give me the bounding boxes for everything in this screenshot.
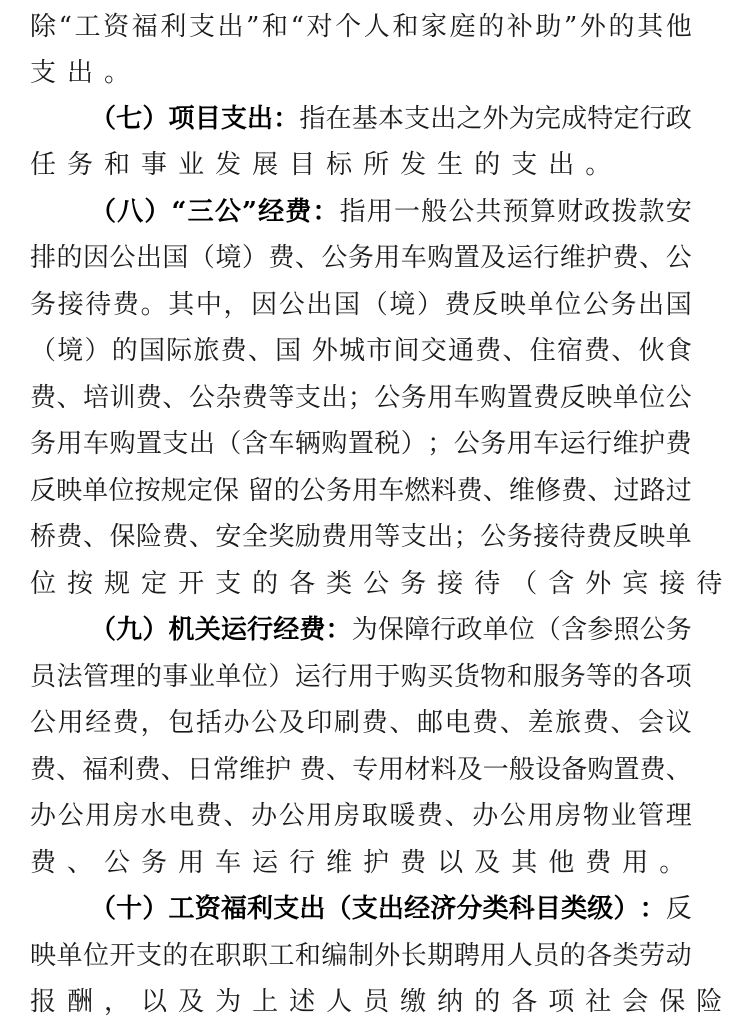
text-char: 、 (611, 333, 637, 369)
text-char: 费 (475, 333, 501, 369)
text-char: 出 (427, 519, 453, 555)
text-char: 待 (85, 287, 111, 323)
text-char: 福 (132, 9, 158, 45)
text-char: 专 (352, 752, 378, 788)
text-char: 费 (457, 473, 483, 509)
paragraph-p8-line-3: （境）的国际旅费、国 外城市间交通费、住宿费、伙食 (30, 333, 692, 369)
text-char: 为 (215, 984, 241, 1020)
heading-char: ： (312, 194, 338, 230)
text-char: 外 (483, 101, 509, 137)
text-char: 反 (30, 473, 56, 509)
text-char: 支 (162, 426, 188, 462)
text-char: 、 (295, 240, 321, 276)
paragraph-p9-line-4: 办公用房水电费、办公用房取暖费、办公用房物业管理 (30, 798, 692, 834)
paragraph-p6-tail-line-1: 支出。 (30, 55, 692, 91)
text-char: 务 (400, 566, 426, 602)
text-char: ” (564, 9, 577, 45)
text-char: 工 (75, 9, 101, 45)
text-char: 常 (213, 752, 239, 788)
text-char: 各 (639, 659, 665, 695)
text-char: 务 (348, 240, 374, 276)
heading-char: ） (142, 101, 168, 137)
text-char: 运 (507, 240, 533, 276)
text-char: 开 (109, 938, 135, 974)
text-char: 出 (189, 426, 215, 462)
text-char: 费 (136, 380, 162, 416)
text-char: 险 (136, 519, 162, 555)
text-char: 安 (666, 194, 692, 230)
text-char: 规 (161, 473, 187, 509)
text-char: 行 (289, 845, 315, 881)
text-char: 以 (141, 984, 167, 1020)
text-char: 为 (509, 101, 535, 137)
text-char: 含 (561, 612, 587, 648)
text-char: 办 (30, 798, 56, 834)
text-char: 支 (30, 55, 56, 91)
text-char: 公 (640, 612, 666, 648)
text-char: 定 (613, 101, 639, 137)
text-char: 业 (189, 659, 215, 695)
text-char: 设 (535, 752, 561, 788)
text-char: 用 (85, 798, 111, 834)
text-char: 项 (548, 984, 574, 1020)
heading-char: 行 (247, 612, 273, 648)
text-char: 奖 (268, 519, 294, 555)
text-char: 、 (189, 519, 215, 555)
text-char: 国 (666, 287, 692, 323)
text-char: 出 (430, 101, 456, 137)
text-char: 长 (401, 938, 427, 974)
text-char: 车 (378, 473, 404, 509)
text-char: 的 (112, 333, 138, 369)
text-char: 费 (113, 287, 139, 323)
text-char: 劳 (639, 938, 665, 974)
text-char: 理 (666, 798, 692, 834)
paragraph-p9-line-0: （九）机关运行经费：为保障行政单位（含参照公务 (90, 612, 692, 648)
text-char: 维 (509, 473, 535, 509)
text-char: 等 (374, 519, 400, 555)
text-char: 。 (585, 147, 611, 183)
heading-char: 关 (195, 612, 221, 648)
text-char: 差 (528, 705, 554, 741)
text-char: 用 (374, 240, 400, 276)
text-char: 出 (548, 147, 574, 183)
text-char: 备 (561, 752, 587, 788)
text-char: 员 (533, 938, 559, 974)
text-char: 用 (367, 194, 393, 230)
text-char: 支 (136, 938, 162, 974)
text-char: 括 (196, 705, 222, 741)
text-char: 映 (586, 380, 612, 416)
text-char: 用 (528, 798, 554, 834)
text-char: 用 (427, 380, 453, 416)
text-char: 算 (530, 194, 556, 230)
text-char: 反 (560, 380, 586, 416)
text-char: 外 (374, 938, 400, 974)
text-char: 燃 (404, 473, 430, 509)
paragraph-p8-line-7: 桥费、保险费、安全奖励费用等支出；公务接待费反映单 (30, 519, 692, 555)
text-char: 行 (533, 240, 559, 276)
text-char: 位 (555, 287, 581, 323)
text-char: 训 (109, 380, 135, 416)
text-char: 接 (659, 566, 685, 602)
text-char: 支 (189, 9, 215, 45)
paragraph-p8-line-2: 务接待费。其中，因公出国（境）费反映单位公务出国 (30, 287, 692, 323)
text-char: 出 (638, 287, 664, 323)
text-char: 待 (696, 566, 722, 602)
text-char: 购 (587, 752, 613, 788)
text-char: 、 (248, 333, 274, 369)
text-char: 安 (215, 519, 241, 555)
text-char: 务 (141, 845, 167, 881)
text-char: 的 (474, 147, 500, 183)
text-char: 公 (666, 380, 692, 416)
text-char: 含 (548, 566, 574, 602)
text-char: 人 (326, 984, 352, 1020)
text-char: 按 (135, 473, 161, 509)
text-char: 福 (82, 752, 108, 788)
text-char: 、 (445, 798, 471, 834)
text-char: 房 (555, 798, 581, 834)
text-char: 对 (307, 9, 333, 45)
text-char: 及 (279, 705, 305, 741)
text-char: 助 (535, 9, 561, 45)
heading-char: “ (172, 194, 187, 230)
text-char: 生 (437, 147, 463, 183)
heading-char: 八 (117, 194, 143, 230)
heading-char: 公 (215, 194, 241, 230)
heading-char: 三 (188, 194, 214, 230)
text-char: 费 (135, 752, 161, 788)
text-char: 述 (289, 984, 315, 1020)
text-char: 公 (363, 566, 389, 602)
text-char: 位 (108, 473, 134, 509)
text-char: 的 (274, 473, 300, 509)
text-char: 保 (109, 519, 135, 555)
heading-char: ： (273, 101, 299, 137)
text-char: 行 (640, 101, 666, 137)
text-char: 车 (454, 380, 480, 416)
text-char: 国 (162, 240, 188, 276)
text-char: 刷 (334, 705, 360, 741)
text-char: 公 (58, 798, 84, 834)
heading-char: 经 (273, 612, 299, 648)
text-char: 料 (431, 752, 457, 788)
text-char: 办 (223, 705, 249, 741)
text-char: 公 (448, 194, 474, 230)
paragraph-p8-line-4: 费、培训费、公杂费等支出；公务用车购置费反映单位公 (30, 380, 692, 416)
text-char: 食 (666, 333, 692, 369)
text-char: 职 (242, 938, 268, 974)
text-char: 一 (483, 752, 509, 788)
text-char: 他 (548, 845, 574, 881)
text-char: 路 (640, 473, 666, 509)
text-char: 辆 (295, 426, 321, 462)
text-char: ， (223, 287, 249, 323)
paragraph-p9-line-1: 员法管理的事业单位）运行用于购买货物和服务等的各项 (30, 659, 692, 695)
text-char: 励 (295, 519, 321, 555)
text-char: 在 (326, 101, 352, 137)
text-char: 支 (404, 101, 430, 137)
text-char: 外 (585, 566, 611, 602)
text-char: 维 (239, 752, 265, 788)
text-char: 用 (348, 519, 374, 555)
paragraph-p10-line-0: （十）工资福利支出（支出经济分类科目类级）：反 (90, 891, 692, 927)
text-char: 公 (374, 380, 400, 416)
text-char: 支 (295, 380, 321, 416)
heading-char: ： (326, 612, 352, 648)
heading-char: 费 (285, 194, 311, 230)
text-char: 的 (474, 984, 500, 1020)
text-char: 支 (215, 566, 241, 602)
text-char: 接 (437, 566, 463, 602)
paragraph-p9-line-3: 费、福利费、日常维护 费、专用材料及一般设备购置费、 (30, 752, 692, 788)
text-char: 费 (162, 519, 188, 555)
text-char: 税 (374, 426, 400, 462)
text-char: 用 (306, 798, 332, 834)
text-char: 编 (321, 938, 347, 974)
text-char: 置 (454, 240, 480, 276)
text-char (291, 752, 299, 788)
text-char: 出 (136, 240, 162, 276)
text-char: 业 (610, 798, 636, 834)
text-char: 费 (417, 798, 443, 834)
text-char: 邮 (417, 705, 443, 741)
text-char: 费 (445, 287, 471, 323)
heading-char: 目 (195, 101, 221, 137)
text-char: 、 (326, 752, 352, 788)
text-char: 所 (363, 147, 389, 183)
text-char: ） (84, 333, 110, 369)
text-char: 动 (666, 938, 692, 974)
text-char: 物 (480, 659, 506, 695)
heading-char: 资 (195, 891, 221, 927)
text-char: 庭 (450, 9, 476, 45)
text-char: 报 (30, 984, 56, 1020)
text-char: 费 (242, 380, 268, 416)
text-char: 及 (480, 240, 506, 276)
text-char: 出 (321, 380, 347, 416)
text-char: 用 (348, 659, 374, 695)
text-char: （ (189, 240, 215, 276)
text-char: 本 (378, 101, 404, 137)
heading-char: 工 (169, 891, 195, 927)
text-char: 反 (666, 891, 692, 927)
text-char: 费 (30, 752, 56, 788)
text-char: 障 (404, 612, 430, 648)
text-char: 务 (401, 380, 427, 416)
text-char: 因 (83, 240, 109, 276)
text-char: 管 (83, 659, 109, 695)
text-char: 费 (221, 333, 247, 369)
text-char: 务 (480, 426, 506, 462)
text-char: 护 (586, 240, 612, 276)
heading-char: ） (144, 194, 170, 230)
text-char: 资 (103, 9, 129, 45)
text-char: 映 (30, 938, 56, 974)
document-page: 除“工资福利支出”和“对个人和家庭的补助”外的其他支出。（七）项目支出：指在基本… (0, 0, 730, 1035)
text-char: 间 (394, 333, 420, 369)
heading-char: 出 (299, 891, 325, 927)
text-char: 购 (401, 659, 427, 695)
text-char: 出 (306, 287, 332, 323)
text-char: 费 (400, 845, 426, 881)
paragraph-p6-tail-line-0: 除“工资福利支出”和“对个人和家庭的补助”外的其他 (30, 9, 692, 45)
heading-char: （ (90, 194, 116, 230)
text-char: 费 (583, 705, 609, 741)
text-char: 员 (30, 659, 56, 695)
text-char: 印 (306, 705, 332, 741)
text-char: 公 (279, 287, 305, 323)
text-char: 支 (401, 519, 427, 555)
text-char: ； (454, 519, 480, 555)
text-char: 留 (248, 473, 274, 509)
text-char: 位 (509, 612, 535, 648)
text-char: 运 (295, 659, 321, 695)
text-char: 维 (613, 426, 639, 462)
text-char: 费 (561, 473, 587, 509)
text-char: 包 (168, 705, 194, 741)
text-char: 照 (613, 612, 639, 648)
text-char: 员 (363, 984, 389, 1020)
text-char: 位 (30, 566, 56, 602)
text-char: 开 (178, 566, 204, 602)
text-char: 支 (511, 147, 537, 183)
text-char: 用 (56, 426, 82, 462)
text-char: 各 (586, 938, 612, 974)
text-char: 含 (242, 426, 268, 462)
text-char: 、 (223, 798, 249, 834)
text-char: 修 (535, 473, 561, 509)
heading-char: 费 (299, 612, 325, 648)
text-char: 为 (352, 612, 378, 648)
text-char: 位 (639, 380, 665, 416)
text-char: 、 (67, 845, 93, 881)
text-char: 费 (30, 845, 56, 881)
text-char: 置 (507, 380, 533, 416)
text-char: 用 (178, 845, 204, 881)
text-char: 及 (474, 845, 500, 881)
text-char: 指 (340, 194, 366, 230)
text-char: 日 (187, 752, 213, 788)
text-char: 于 (374, 659, 400, 695)
text-char: 费 (268, 240, 294, 276)
heading-char: ） (142, 612, 168, 648)
text-char: 映 (56, 473, 82, 509)
text-char: 市 (366, 333, 392, 369)
text-char: 务 (30, 287, 56, 323)
text-char: 个 (335, 9, 361, 45)
heading-char: 目 (535, 891, 561, 927)
text-char: 以 (437, 845, 463, 881)
text-char: 和 (104, 147, 130, 183)
text-char: 在 (189, 938, 215, 974)
text-char: 参 (587, 612, 613, 648)
text-char: 待 (474, 566, 500, 602)
text-char: 保 (659, 984, 685, 1020)
text-char: 运 (252, 845, 278, 881)
text-char: 交 (421, 333, 447, 369)
text-char: 定 (141, 566, 167, 602)
text-char: ； (427, 426, 453, 462)
text-char: 酬 (67, 984, 93, 1020)
paragraph-p9-line-2: 公用经费，包括办公及印刷费、邮电费、差旅费、会议 (30, 705, 692, 741)
text-char: 接 (58, 287, 84, 323)
text-char: “ (291, 9, 304, 45)
text-char: 电 (168, 798, 194, 834)
heading-char: 福 (221, 891, 247, 927)
text-char: 单 (483, 612, 509, 648)
text-char: 家 (421, 9, 447, 45)
paragraph-p8-line-1: 排的因公出国（境）费、公务用车购置及运行维护费、公 (30, 240, 692, 276)
text-char: 费 (666, 426, 692, 462)
text-char: 利 (108, 752, 134, 788)
text-char: 等 (268, 380, 294, 416)
text-char: 政 (666, 101, 692, 137)
heading-char: 出 (247, 101, 273, 137)
text-char: 办 (251, 798, 277, 834)
text-char: 费 (30, 380, 56, 416)
text-char: 杂 (215, 380, 241, 416)
text-char: 反 (613, 519, 639, 555)
text-char: 中 (196, 287, 222, 323)
text-char: 其 (511, 845, 537, 881)
text-char: 境 (215, 240, 241, 276)
text-char: 桥 (30, 519, 56, 555)
text-char: 管 (638, 798, 664, 834)
text-char: 映 (500, 287, 526, 323)
text-char: 人 (507, 938, 533, 974)
text-char: 务 (507, 519, 533, 555)
heading-char: 支 (221, 101, 247, 137)
text-char: 车 (83, 426, 109, 462)
text-char: 险 (696, 984, 722, 1020)
text-char: 保 (213, 473, 239, 509)
text-char: 理 (109, 659, 135, 695)
paragraph-p8-line-5: 务用车购置支出（含车辆购置税）；公务用车运行维护费 (30, 426, 692, 462)
heading-char: 利 (247, 891, 273, 927)
text-char: 职 (215, 938, 241, 974)
text-char: ， (104, 984, 130, 1020)
text-char: 出 (67, 55, 93, 91)
text-char: 用 (480, 938, 506, 974)
heading-char: 九 (116, 612, 142, 648)
text-char: 的 (252, 566, 278, 602)
text-char: 接 (533, 519, 559, 555)
text-char: 务 (666, 612, 692, 648)
text-char: 映 (639, 519, 665, 555)
text-char: 发 (215, 147, 241, 183)
text-char: 、 (639, 240, 665, 276)
heading-char: 支 (352, 891, 378, 927)
text-char: 服 (533, 659, 559, 695)
text-char: 货 (454, 659, 480, 695)
text-char: 境 (57, 333, 83, 369)
text-char: 位 (83, 938, 109, 974)
text-char: 规 (104, 566, 130, 602)
heading-char: 出 (378, 891, 404, 927)
heading-char: 分 (456, 891, 482, 927)
text-char: 的 (56, 240, 82, 276)
text-char: （ (30, 333, 56, 369)
text-char: 房 (113, 798, 139, 834)
text-char: 境 (389, 287, 415, 323)
heading-char: （ (90, 891, 116, 927)
text-char: 、 (483, 473, 509, 509)
text-char: 费 (472, 705, 498, 741)
text-char: 行 (321, 659, 347, 695)
text-char: 业 (178, 147, 204, 183)
